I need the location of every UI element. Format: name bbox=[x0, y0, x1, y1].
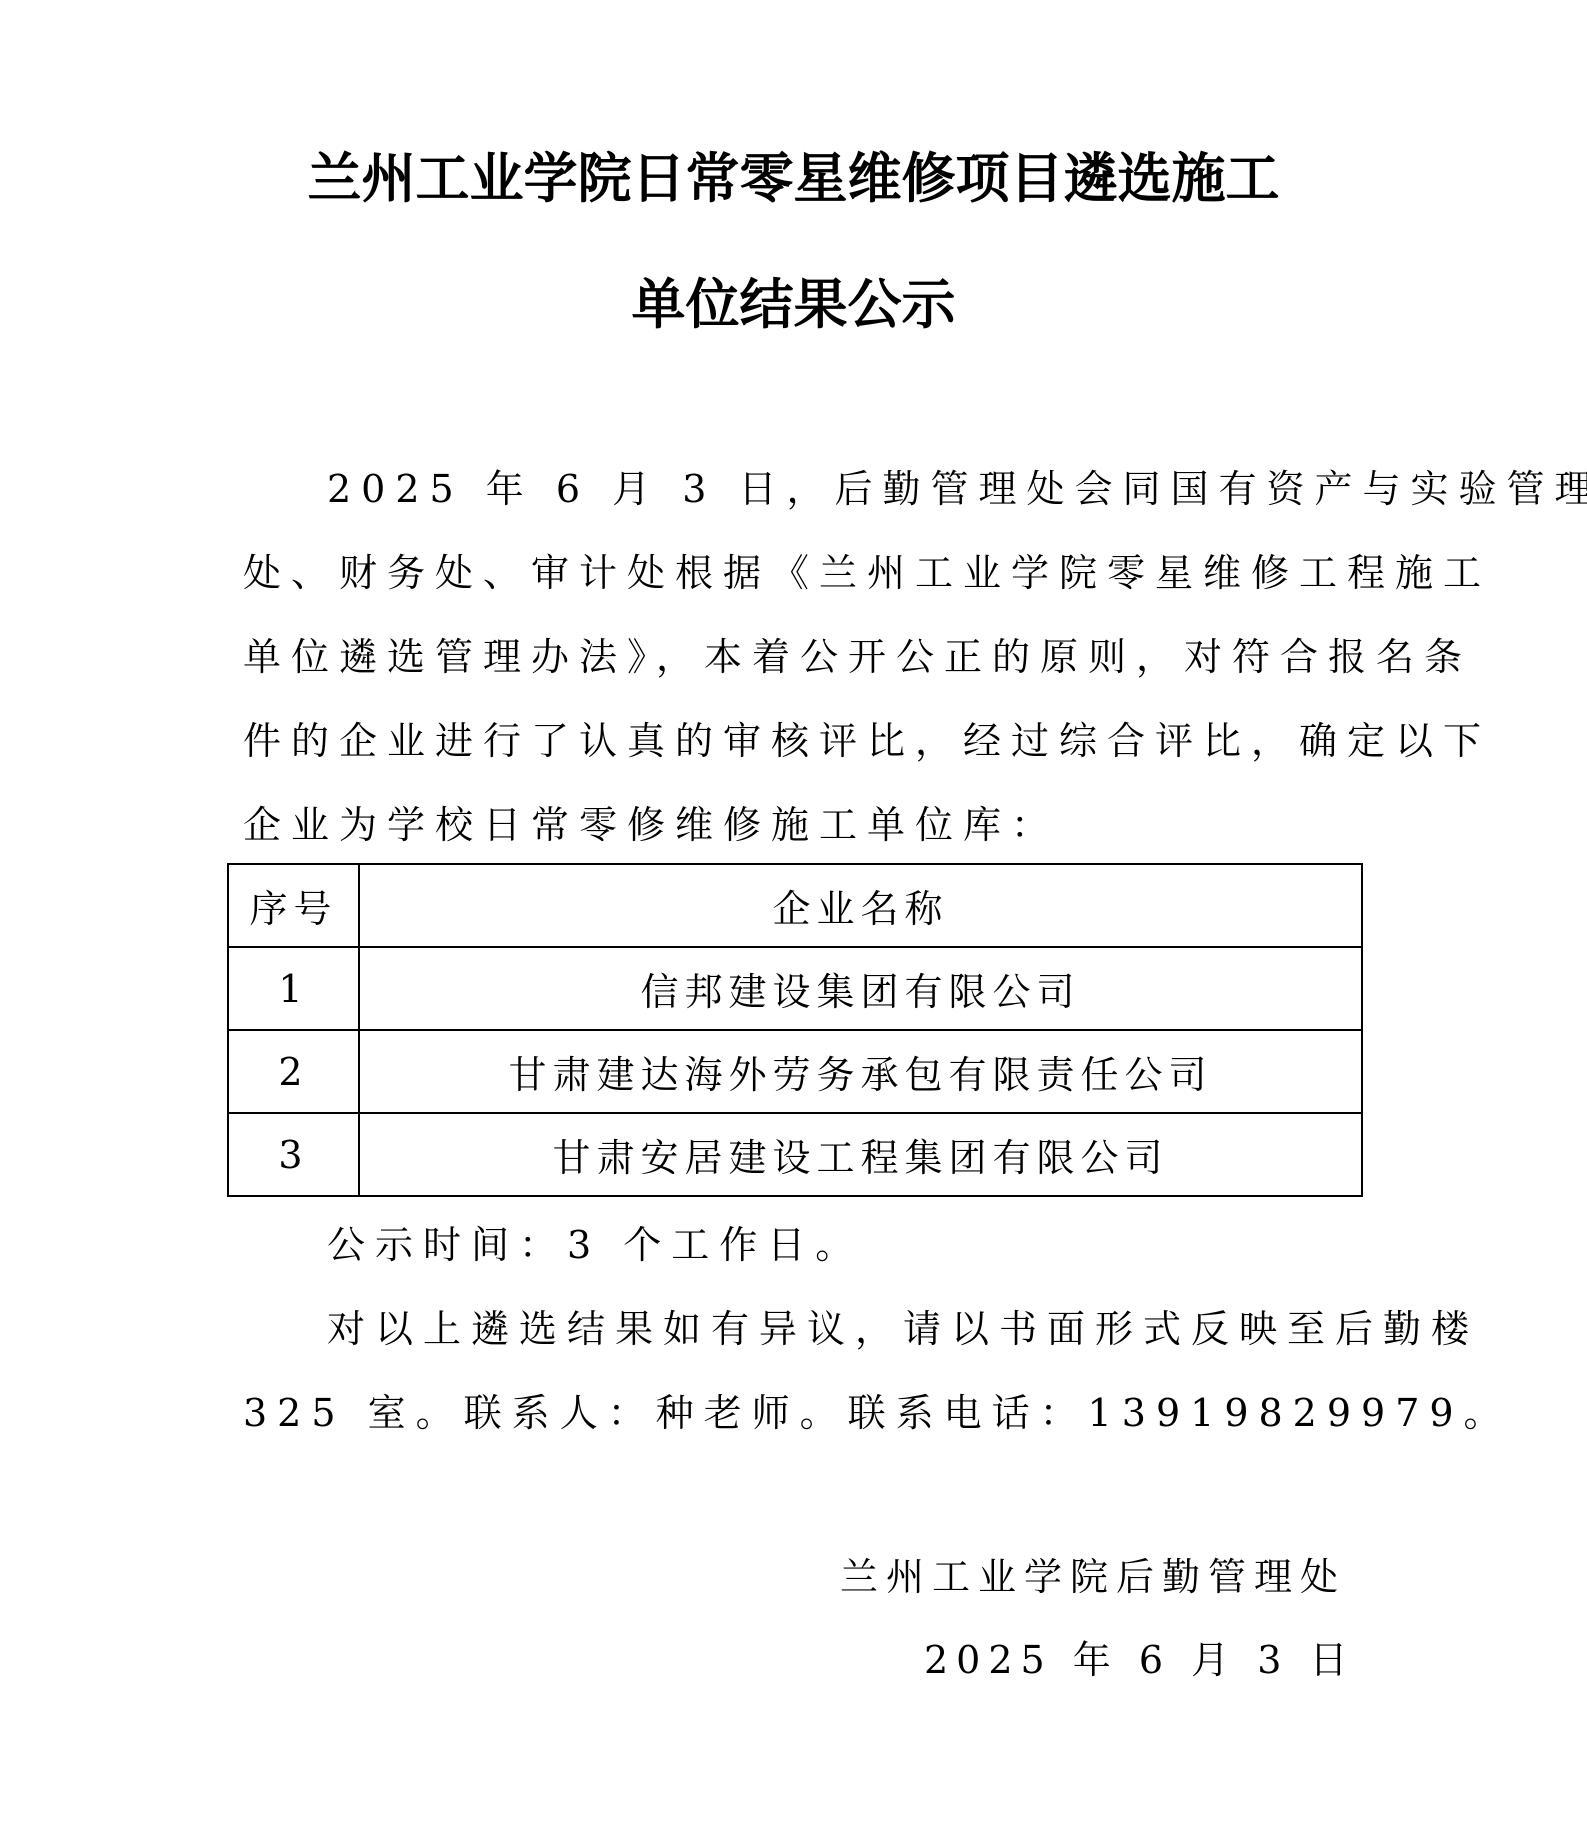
table-row: 1 信邦建设集团有限公司 bbox=[228, 947, 1362, 1030]
row-company-name: 信邦建设集团有限公司 bbox=[359, 947, 1362, 1030]
document-title-line-2: 单位结果公示 bbox=[0, 278, 1587, 332]
notice-period: 公示时间：3 个工作日。 bbox=[243, 1203, 1349, 1287]
row-company-name: 甘肃建达海外劳务承包有限责任公司 bbox=[359, 1030, 1362, 1113]
header-company-name: 企业名称 bbox=[359, 864, 1362, 947]
row-serial-number: 3 bbox=[228, 1113, 359, 1196]
closing-section: 公示时间：3 个工作日。 对以上遴选结果如有异议，请以书面形式反映至后勤楼 32… bbox=[243, 1203, 1349, 1455]
intro-line: 2025 年 6 月 3 日，后勤管理处会同国有资产与实验管理 bbox=[243, 447, 1349, 531]
objection-line: 对以上遴选结果如有异议，请以书面形式反映至后勤楼 bbox=[243, 1287, 1349, 1371]
objection-line: 325 室。联系人：种老师。联系电话：13919829979。 bbox=[243, 1371, 1349, 1455]
table-header-row: 序号 企业名称 bbox=[228, 864, 1362, 947]
document-title-line-1: 兰州工业学院日常零星维修项目遴选施工 bbox=[0, 152, 1587, 206]
signature-date: 2025 年 6 月 3 日 bbox=[924, 1641, 1355, 1679]
signature-organization: 兰州工业学院后勤管理处 bbox=[840, 1558, 1346, 1596]
table-row: 3 甘肃安居建设工程集团有限公司 bbox=[228, 1113, 1362, 1196]
row-serial-number: 1 bbox=[228, 947, 359, 1030]
document-page: 兰州工业学院日常零星维修项目遴选施工 单位结果公示 2025 年 6 月 3 日… bbox=[0, 0, 1587, 1830]
intro-paragraph: 2025 年 6 月 3 日，后勤管理处会同国有资产与实验管理 处、财务处、审计… bbox=[243, 447, 1349, 867]
intro-line: 处、财务处、审计处根据《兰州工业学院零星维修工程施工 bbox=[243, 531, 1349, 615]
intro-line: 件的企业进行了认真的审核评比，经过综合评比，确定以下 bbox=[243, 699, 1349, 783]
row-company-name: 甘肃安居建设工程集团有限公司 bbox=[359, 1113, 1362, 1196]
table-row: 2 甘肃建达海外劳务承包有限责任公司 bbox=[228, 1030, 1362, 1113]
selected-units-table: 序号 企业名称 1 信邦建设集团有限公司 2 甘肃建达海外劳务承包有限责任公司 … bbox=[227, 863, 1363, 1197]
row-serial-number: 2 bbox=[228, 1030, 359, 1113]
intro-line: 单位遴选管理办法》，本着公开公正的原则，对符合报名条 bbox=[243, 615, 1349, 699]
header-serial-number: 序号 bbox=[228, 864, 359, 947]
intro-line: 企业为学校日常零修维修施工单位库： bbox=[243, 783, 1349, 867]
